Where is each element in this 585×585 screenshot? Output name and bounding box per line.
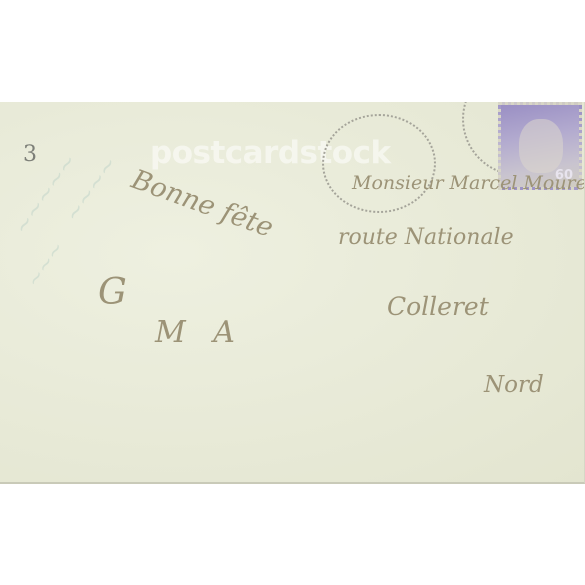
address-line-3: Colleret [387,292,489,321]
bleed-through-mark: ~~~ [21,237,69,292]
pencil-note: 3 [23,142,37,167]
message-greeting: Bonne fête [127,164,277,244]
address-line-2: route Nationale [338,225,514,250]
signature-initial: G [98,272,127,313]
address-line-1: Monsieur Marcel Mouret [352,172,585,194]
address-line-4: Nord [484,372,544,398]
postcard: ~~~~~ ~~~~ ~~~ postcardstock 3 60 Bonne … [0,102,585,484]
postmark-left [322,114,436,213]
stamp-portrait [519,119,563,173]
signature-initials: M A [155,315,235,350]
